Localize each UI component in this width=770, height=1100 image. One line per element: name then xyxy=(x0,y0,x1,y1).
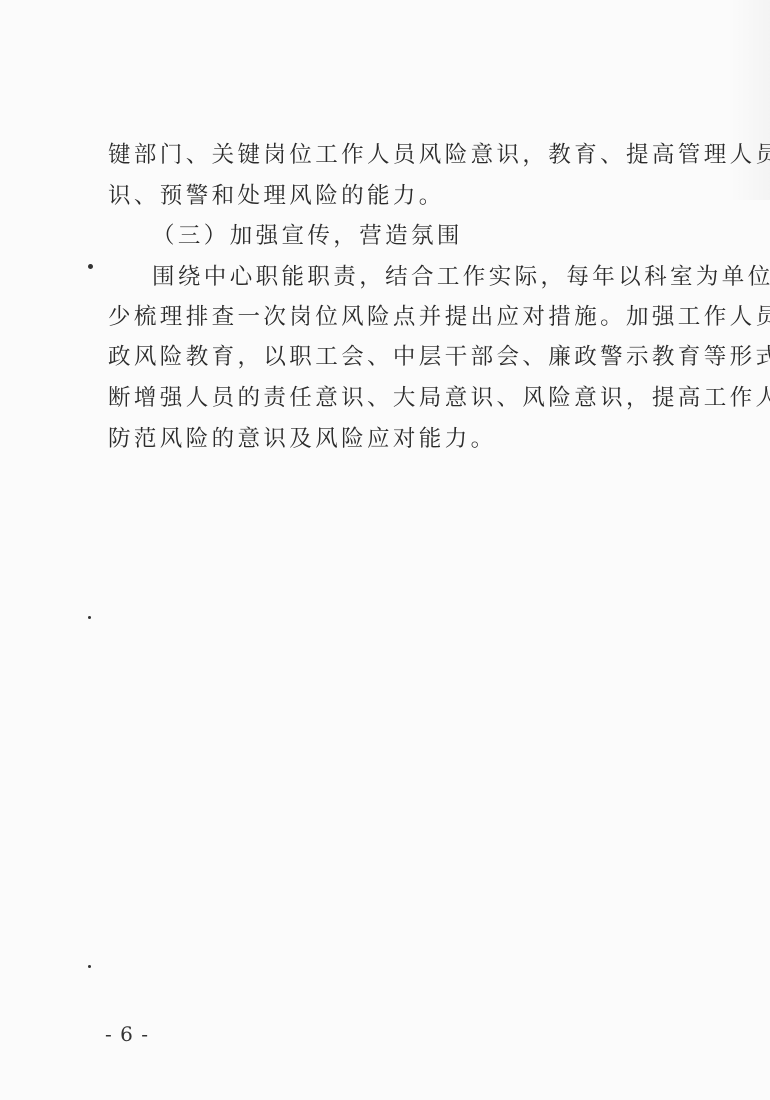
paragraph-line: 少梳理排查一次岗位风险点并提出应对措施。加强工作人员廉 xyxy=(108,302,770,332)
scan-mark xyxy=(88,965,91,968)
document-page: 键部门、关键岗位工作人员风险意识，教育、提高管理人员辨 识、预警和处理风险的能力… xyxy=(0,0,770,1100)
scan-shadow xyxy=(730,0,770,200)
paragraph-line: 断增强人员的责任意识、大局意识、风险意识，提高工作人员 xyxy=(108,383,770,413)
page-number: - 6 - xyxy=(105,1022,149,1046)
paragraph-line: 键部门、关键岗位工作人员风险意识，教育、提高管理人员辨 xyxy=(108,140,770,170)
scan-mark xyxy=(88,264,93,269)
section-heading: （三）加强宣传，营造氛围 xyxy=(152,221,463,251)
paragraph-line: 政风险教育，以职工会、中层干部会、廉政警示教育等形式不 xyxy=(108,342,770,372)
paragraph-line: 防范风险的意识及风险应对能力。 xyxy=(108,424,497,454)
paragraph-line: 围绕中心职能职责，结合工作实际，每年以科室为单位至 xyxy=(152,262,770,292)
paragraph-line: 识、预警和处理风险的能力。 xyxy=(108,181,445,211)
scan-mark xyxy=(88,616,91,619)
